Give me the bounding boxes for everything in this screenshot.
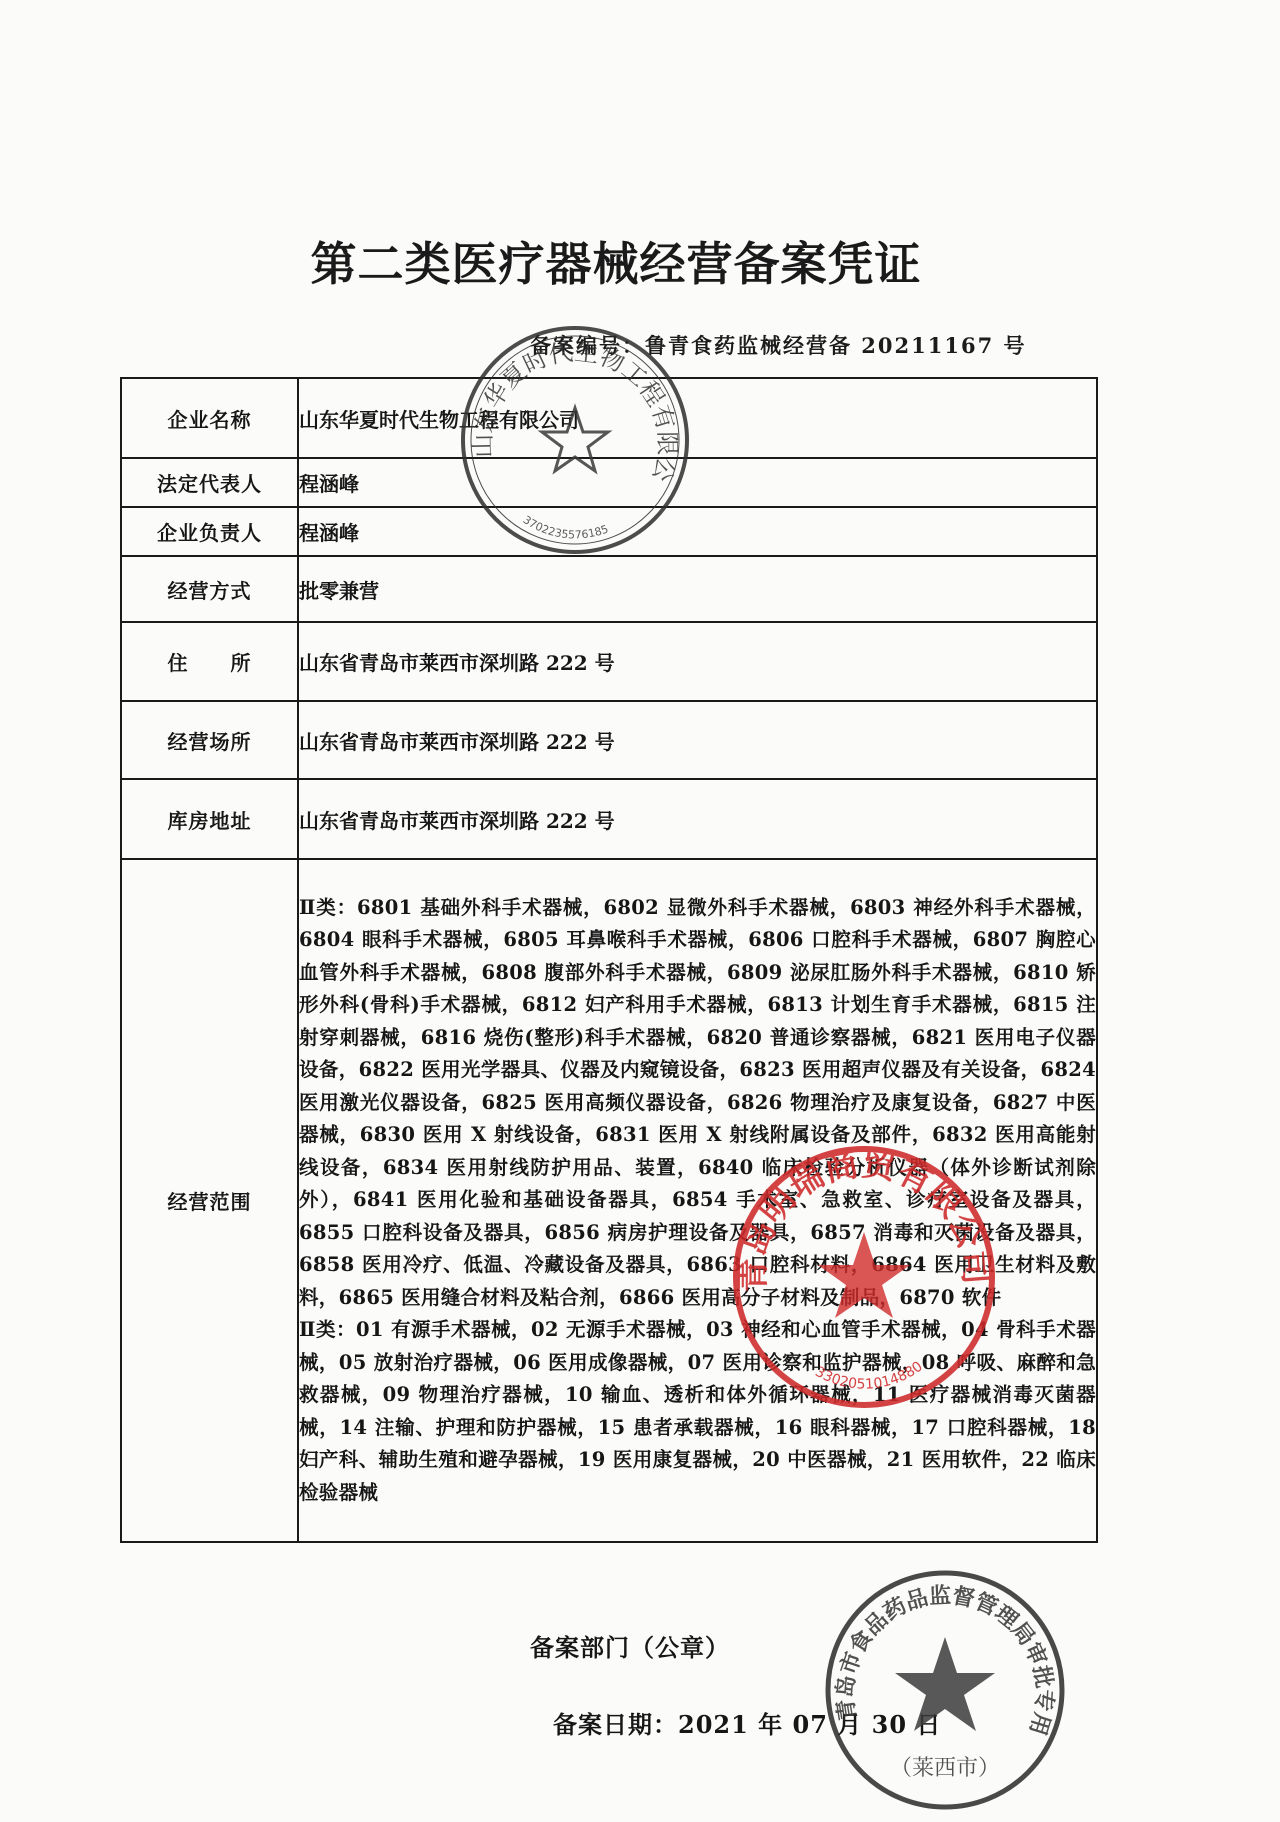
row-label: 库房地址 <box>121 779 298 859</box>
company-name: 山东华夏时代生物工程有限公司 <box>298 378 1097 458</box>
row-label: 法定代表人 <box>121 458 298 507</box>
table-row: 经营范围 Ⅱ类：6801 基础外科手术器械，6802 显微外科手术器械，6803… <box>121 859 1097 1542</box>
table-row: 住 所 山东省青岛市莱西市深圳路 222 号 <box>121 622 1097 701</box>
business-premises: 山东省青岛市莱西市深圳路 222 号 <box>298 701 1097 779</box>
scope-class-old: Ⅱ类：6801 基础外科手术器械，6802 显微外科手术器械，6803 神经外科… <box>299 892 1096 1315</box>
document-title: 第二类医疗器械经营备案凭证 <box>0 228 1256 294</box>
row-label: 企业负责人 <box>121 507 298 556</box>
scope-class-new: Ⅱ类：01 有源手术器械，02 无源手术器械，03 神经和心血管手术器械，04 … <box>299 1314 1096 1509</box>
government-seal-icon: 青岛市食品药品监督管理局审批专用章 （莱西市） <box>820 1565 1070 1815</box>
filing-date: 备案日期：2021 年 07 月 30 日 <box>553 1705 941 1740</box>
row-label: 经营场所 <box>121 701 298 779</box>
table-row: 企业负责人 程涵峰 <box>121 507 1097 556</box>
row-label: 住 所 <box>121 622 298 701</box>
table-row: 经营方式 批零兼营 <box>121 556 1097 622</box>
table-row: 企业名称 山东华夏时代生物工程有限公司 <box>121 378 1097 458</box>
filing-department: 备案部门（公章） <box>530 1628 730 1663</box>
filing-number: 备案编号：鲁青食药监械经营备 20211167 号 <box>530 330 1027 360</box>
business-mode: 批零兼营 <box>298 556 1097 622</box>
warehouse-address: 山东省青岛市莱西市深圳路 222 号 <box>298 779 1097 859</box>
table-row: 库房地址 山东省青岛市莱西市深圳路 222 号 <box>121 779 1097 859</box>
certificate-table: 企业名称 山东华夏时代生物工程有限公司 法定代表人 程涵峰 企业负责人 程涵峰 … <box>120 377 1098 1543</box>
row-label: 经营范围 <box>121 859 298 1542</box>
residence-address: 山东省青岛市莱西市深圳路 222 号 <box>298 622 1097 701</box>
legal-representative: 程涵峰 <box>298 458 1097 507</box>
business-scope: Ⅱ类：6801 基础外科手术器械，6802 显微外科手术器械，6803 神经外科… <box>298 859 1097 1542</box>
row-label: 企业名称 <box>121 378 298 458</box>
table-row: 法定代表人 程涵峰 <box>121 458 1097 507</box>
enterprise-head: 程涵峰 <box>298 507 1097 556</box>
gov-seal-subtitle: （莱西市） <box>890 1756 1000 1781</box>
table-row: 经营场所 山东省青岛市莱西市深圳路 222 号 <box>121 701 1097 779</box>
row-label: 经营方式 <box>121 556 298 622</box>
